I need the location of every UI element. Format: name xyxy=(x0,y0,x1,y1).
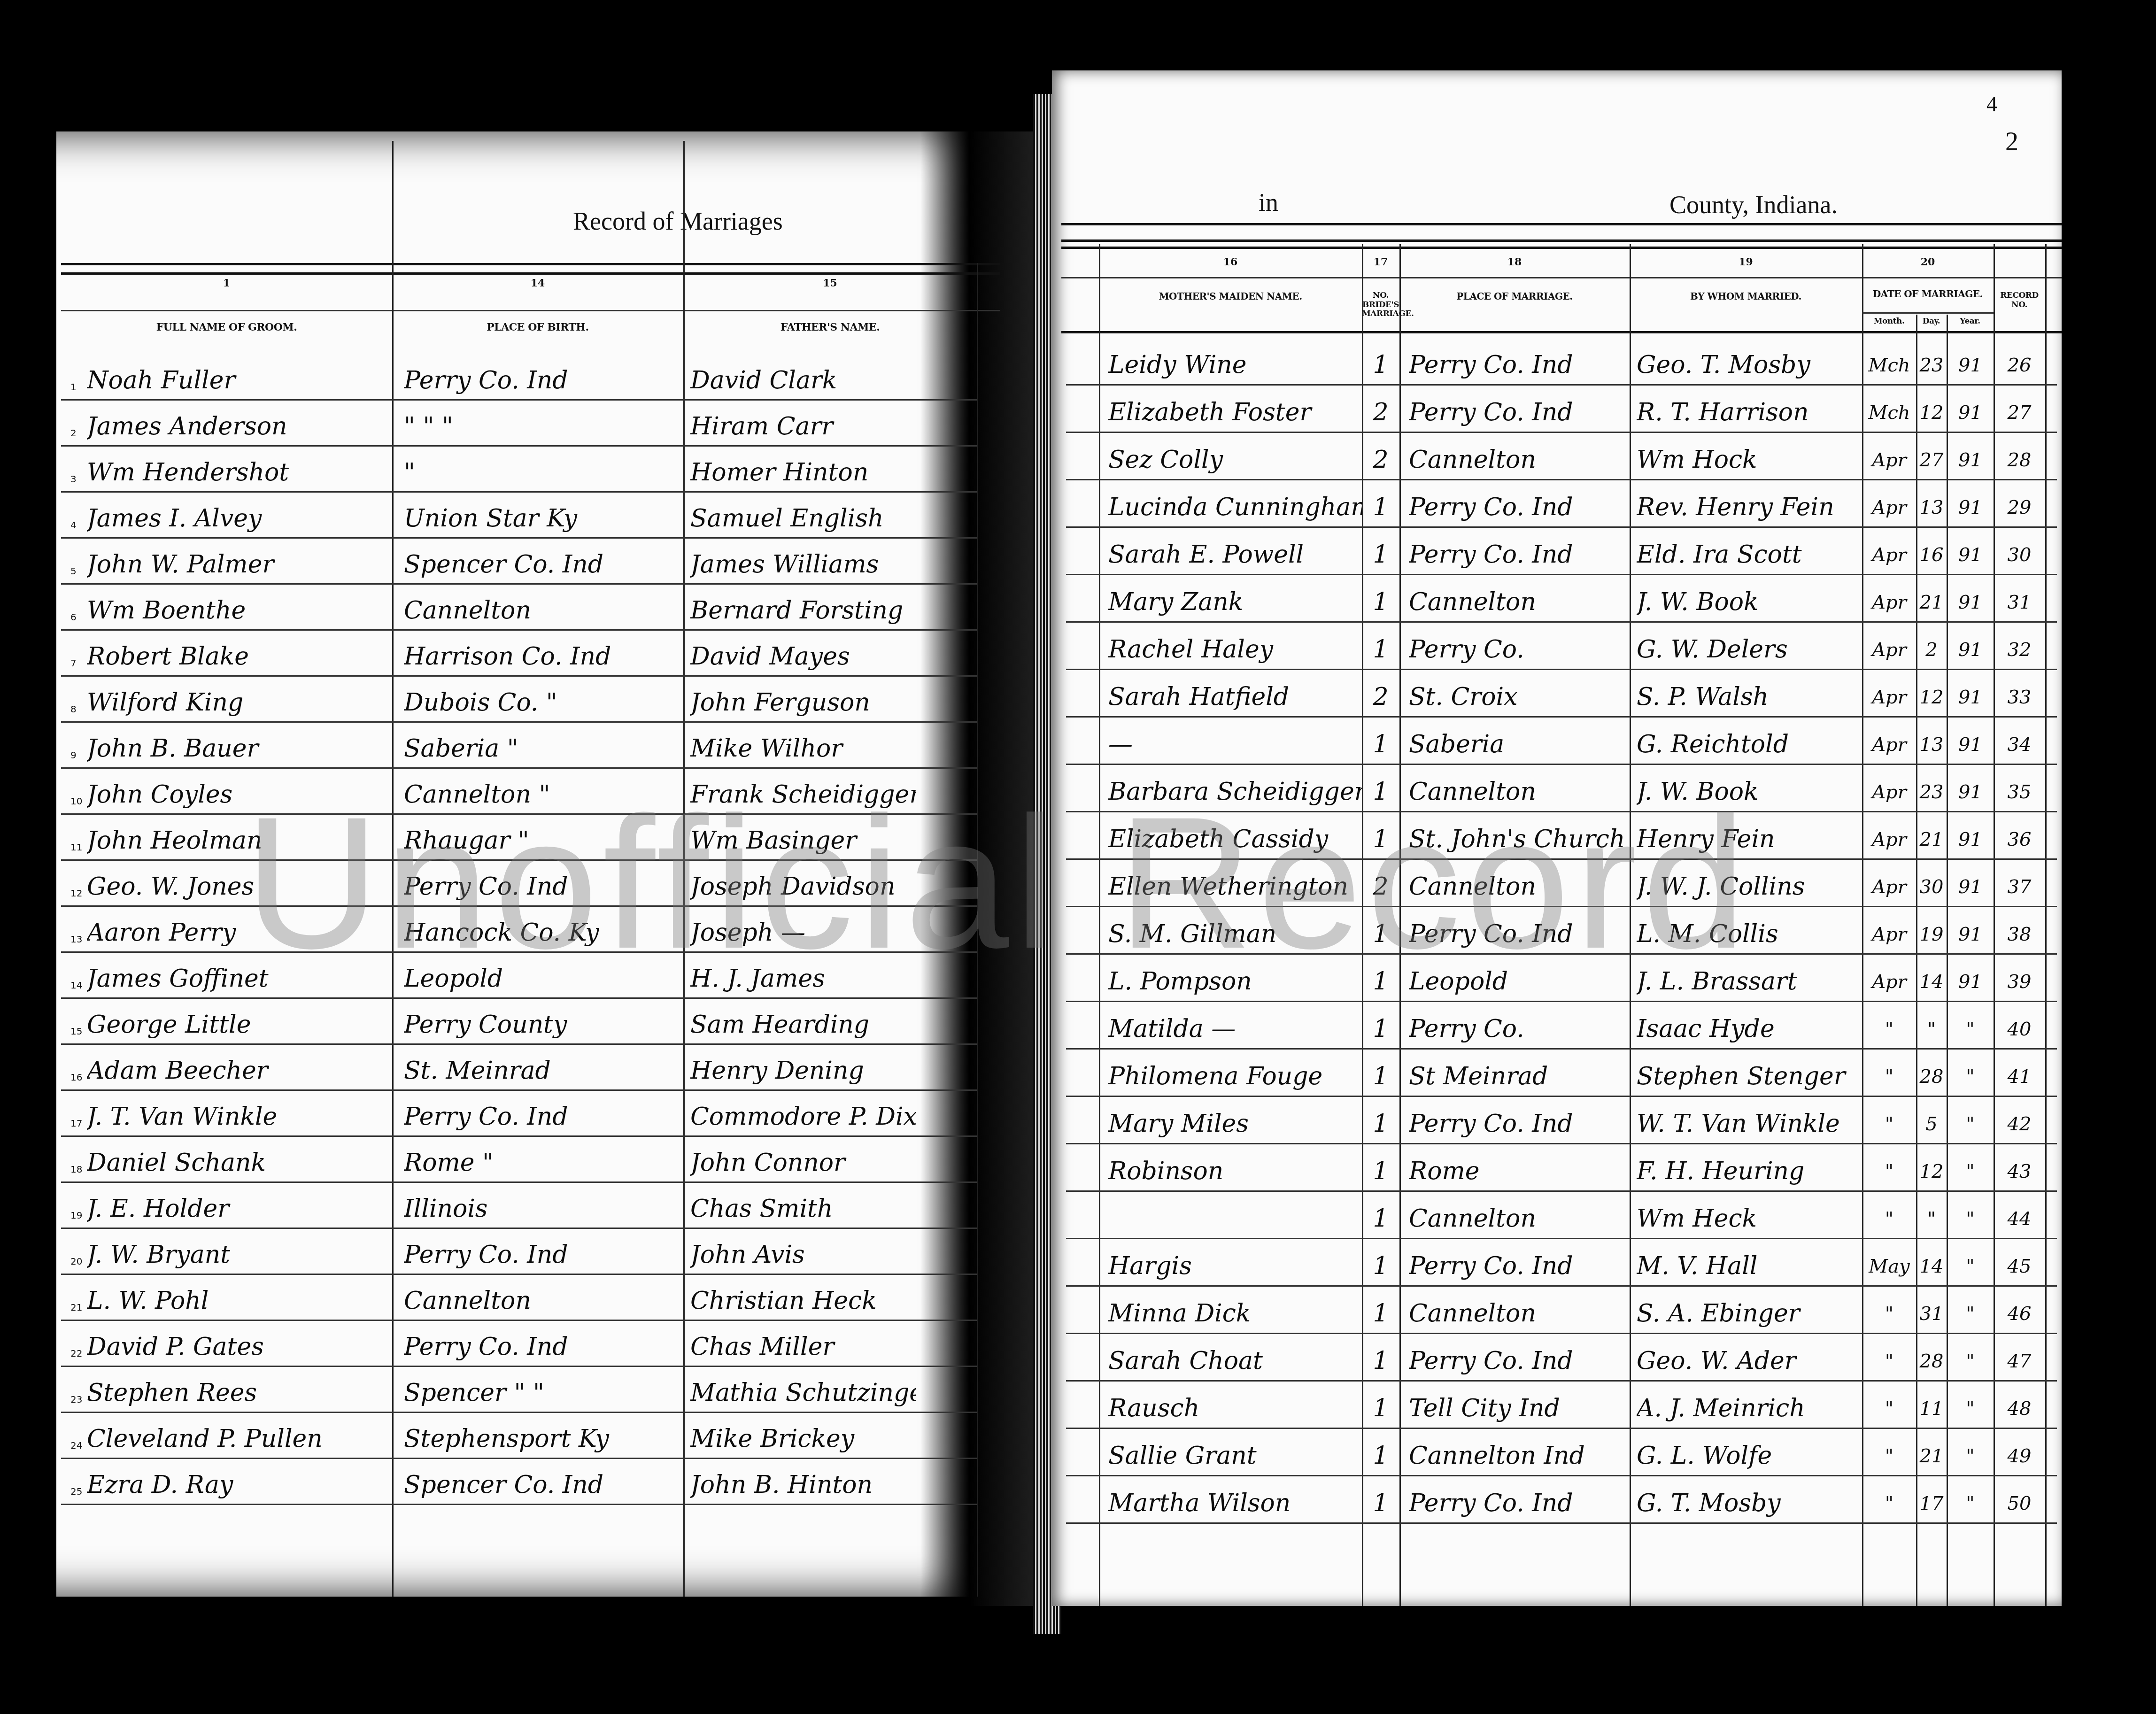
column-header: No. Bride's Marriage. xyxy=(1362,291,1399,319)
officiant: S. A. Ebinger xyxy=(1637,1299,1860,1328)
row-rule xyxy=(61,1504,977,1505)
groom-name: John B. Bauer xyxy=(87,734,387,763)
record-number: 35 xyxy=(1996,781,2043,803)
record-number: 44 xyxy=(1996,1208,2043,1230)
brides-marriage-number: 1 xyxy=(1364,1015,1397,1043)
row-rule xyxy=(61,1366,977,1367)
row-rule xyxy=(61,767,977,769)
marriage-month: " xyxy=(1863,1445,1915,1467)
fathers-name: Frank Scheidigger xyxy=(690,780,916,809)
mothers-maiden-name: Barbara Scheidigger xyxy=(1108,778,1362,806)
place-of-birth: St. Meinrad xyxy=(404,1057,681,1085)
row-number: 18 xyxy=(70,1164,82,1175)
row-number: 3 xyxy=(70,473,77,485)
groom-name: Ezra D. Ray xyxy=(87,1471,387,1499)
groom-name: Daniel Schank xyxy=(87,1149,387,1177)
place-of-birth: " xyxy=(404,458,681,486)
record-number: 41 xyxy=(1996,1066,2043,1088)
mothers-maiden-name: S. M. Gillman xyxy=(1108,920,1362,948)
record-number: 30 xyxy=(1996,544,2043,566)
place-of-birth: Dubois Co. " xyxy=(404,688,681,717)
marriage-month: Mch xyxy=(1863,402,1915,424)
row-rule xyxy=(61,1089,977,1091)
row-rule xyxy=(61,997,977,999)
marriage-day: 12 xyxy=(1917,402,1946,424)
marriage-day: 2 xyxy=(1917,639,1946,661)
marriage-month: " xyxy=(1863,1208,1915,1230)
row-rule xyxy=(1066,1475,2057,1476)
record-number: 43 xyxy=(1996,1161,2043,1182)
header-rule xyxy=(61,310,1000,311)
fathers-name: David Mayes xyxy=(690,642,916,671)
row-rule xyxy=(1066,1190,2057,1192)
row-rule xyxy=(1066,526,2057,528)
brides-marriage-number: 1 xyxy=(1364,730,1397,758)
column-number: 16 xyxy=(1099,256,1362,268)
column-number: 14 xyxy=(392,277,683,289)
row-rule xyxy=(61,1228,977,1229)
place-of-birth: Perry Co. Ind xyxy=(404,1333,681,1361)
marriage-year: " xyxy=(1948,1303,1993,1325)
fathers-name: James Williams xyxy=(690,550,916,579)
record-number: 32 xyxy=(1996,639,2043,661)
marriage-year: 91 xyxy=(1948,687,1993,708)
marriage-year: " xyxy=(1948,1351,1993,1372)
record-number: 31 xyxy=(1996,592,2043,613)
brides-marriage-number: 1 xyxy=(1364,635,1397,664)
brides-marriage-number: 1 xyxy=(1364,1110,1397,1138)
officiant: Henry Fein xyxy=(1637,825,1860,853)
fathers-name: Homer Hinton xyxy=(690,458,916,486)
place-of-birth: Stephensport Ky xyxy=(404,1425,681,1453)
row-rule xyxy=(61,813,977,815)
brides-marriage-number: 1 xyxy=(1364,967,1397,996)
column-header: Record No. xyxy=(1994,291,2045,309)
groom-name: George Little xyxy=(87,1011,387,1039)
marriage-day: 13 xyxy=(1917,497,1946,518)
marriage-month: " xyxy=(1863,1113,1915,1135)
marriage-month: " xyxy=(1863,1493,1915,1514)
row-rule xyxy=(61,1181,977,1183)
marriage-year: " xyxy=(1948,1066,1993,1088)
row-number: 7 xyxy=(70,657,77,669)
row-number: 17 xyxy=(70,1118,82,1129)
column-divider xyxy=(1362,244,1363,1606)
marriage-day: 28 xyxy=(1917,1351,1946,1372)
groom-name: Geo. W. Jones xyxy=(87,872,387,901)
mothers-maiden-name: Matilda — xyxy=(1108,1015,1362,1043)
marriage-day: 31 xyxy=(1917,1303,1946,1325)
fathers-name: John Ferguson xyxy=(690,688,916,717)
officiant: S. P. Walsh xyxy=(1637,683,1860,711)
marriage-day: 21 xyxy=(1917,592,1946,613)
row-rule xyxy=(1066,432,2057,433)
marriage-month: " xyxy=(1863,1161,1915,1182)
mothers-maiden-name: Rachel Haley xyxy=(1108,635,1362,664)
marriage-year: 91 xyxy=(1948,639,1993,661)
row-number: 23 xyxy=(70,1394,82,1405)
column-header: Full Name of Groom. xyxy=(61,322,392,333)
column-divider xyxy=(1630,244,1631,1606)
row-number: 9 xyxy=(70,749,77,761)
officiant: R. T. Harrison xyxy=(1637,398,1860,426)
groom-name: J. T. Van Winkle xyxy=(87,1103,387,1131)
record-number: 28 xyxy=(1996,449,2043,471)
groom-name: James Anderson xyxy=(87,412,387,440)
officiant: J. W. Book xyxy=(1637,588,1860,616)
column-number: 20 xyxy=(1862,256,1994,268)
groom-name: Stephen Rees xyxy=(87,1379,387,1407)
row-number: 15 xyxy=(70,1026,82,1037)
row-rule xyxy=(1066,716,2057,718)
page-number-top: 4 xyxy=(1986,92,1997,116)
groom-name: Robert Blake xyxy=(87,642,387,671)
mothers-maiden-name: Sarah Choat xyxy=(1108,1347,1362,1375)
fathers-name: Chas Smith xyxy=(690,1195,916,1223)
row-rule xyxy=(61,721,977,723)
row-rule xyxy=(1066,479,2057,480)
officiant: Geo. W. Ader xyxy=(1637,1347,1860,1375)
marriage-year: " xyxy=(1948,1161,1993,1182)
row-rule xyxy=(1066,858,2057,860)
brides-marriage-number: 1 xyxy=(1364,1062,1397,1090)
date-subheader: Day. xyxy=(1916,317,1947,326)
marriage-day: 16 xyxy=(1917,544,1946,566)
officiant: M. V. Hall xyxy=(1637,1252,1860,1280)
marriage-day: 12 xyxy=(1917,687,1946,708)
place-of-birth: Illinois xyxy=(404,1195,681,1223)
place-of-marriage: Cannelton xyxy=(1409,588,1627,616)
column-number: 18 xyxy=(1399,256,1630,268)
column-divider xyxy=(977,263,978,1597)
row-rule xyxy=(61,537,977,539)
officiant: Wm Hock xyxy=(1637,446,1860,474)
column-number: 19 xyxy=(1630,256,1862,268)
place-of-birth: " " " xyxy=(404,412,681,440)
marriage-month: " xyxy=(1863,1066,1915,1088)
fathers-name: Hiram Carr xyxy=(690,412,916,440)
marriage-day: 21 xyxy=(1917,1445,1946,1467)
fathers-name: Henry Dening xyxy=(690,1057,916,1085)
right-page-title-county: County, Indiana. xyxy=(1669,190,1838,219)
officiant: A. J. Meinrich xyxy=(1637,1394,1860,1422)
place-of-marriage: Rome xyxy=(1409,1157,1627,1185)
row-rule xyxy=(1066,1238,2057,1239)
mothers-maiden-name: Minna Dick xyxy=(1108,1299,1362,1328)
row-number: 25 xyxy=(70,1486,82,1497)
officiant: Isaac Hyde xyxy=(1637,1015,1860,1043)
header-rule xyxy=(1862,312,1994,314)
row-rule xyxy=(61,675,977,677)
row-rule xyxy=(1066,906,2057,907)
record-number: 36 xyxy=(1996,829,2043,850)
mothers-maiden-name: Robinson xyxy=(1108,1157,1362,1185)
place-of-marriage: St Meinrad xyxy=(1409,1062,1627,1090)
row-number: 22 xyxy=(70,1348,82,1359)
record-number: 38 xyxy=(1996,924,2043,945)
row-rule xyxy=(61,491,977,493)
column-divider xyxy=(1994,244,1995,1606)
column-header: Date of Marriage. xyxy=(1862,289,1994,300)
row-rule xyxy=(61,399,977,401)
column-header: By Whom Married. xyxy=(1630,291,1862,302)
marriage-year: 91 xyxy=(1948,876,1993,898)
officiant: Geo. T. Mosby xyxy=(1637,351,1860,379)
marriage-year: 91 xyxy=(1948,544,1993,566)
row-rule xyxy=(61,1412,977,1413)
groom-name: John Heolman xyxy=(87,826,387,855)
fathers-name: John B. Hinton xyxy=(690,1471,916,1499)
mothers-maiden-name: Elizabeth Foster xyxy=(1108,398,1362,426)
fathers-name: Mike Wilhor xyxy=(690,734,916,763)
header-rule xyxy=(1061,277,2062,278)
mothers-maiden-name: Martha Wilson xyxy=(1108,1489,1362,1517)
brides-marriage-number: 1 xyxy=(1364,778,1397,806)
column-number: 1 xyxy=(61,277,392,289)
brides-marriage-number: 1 xyxy=(1364,1489,1397,1517)
column-header: Place of Birth. xyxy=(392,322,683,333)
row-number: 5 xyxy=(70,565,77,577)
left-ledger-page xyxy=(56,131,1024,1597)
officiant: G. W. Delers xyxy=(1637,635,1860,664)
brides-marriage-number: 1 xyxy=(1364,540,1397,569)
marriage-month: " xyxy=(1863,1303,1915,1325)
marriage-month: Apr xyxy=(1863,924,1915,945)
row-rule xyxy=(1066,1428,2057,1429)
groom-name: John W. Palmer xyxy=(87,550,387,579)
place-of-marriage: Perry Co. Ind xyxy=(1409,1110,1627,1138)
row-rule xyxy=(61,445,977,447)
place-of-marriage: Leopold xyxy=(1409,967,1627,996)
brides-marriage-number: 1 xyxy=(1364,1204,1397,1233)
mothers-maiden-name: Philomena Fouge xyxy=(1108,1062,1362,1090)
row-rule xyxy=(61,1274,977,1275)
brides-marriage-number: 1 xyxy=(1364,493,1397,521)
record-number: 45 xyxy=(1996,1256,2043,1277)
marriage-year: 91 xyxy=(1948,449,1993,471)
column-number: 17 xyxy=(1362,256,1399,268)
header-rule xyxy=(1061,239,2062,242)
marriage-month: Apr xyxy=(1863,592,1915,613)
officiant: W. T. Van Winkle xyxy=(1637,1110,1860,1138)
place-of-marriage: Saberia xyxy=(1409,730,1627,758)
fathers-name: Mike Brickey xyxy=(690,1425,916,1453)
marriage-day: 27 xyxy=(1917,449,1946,471)
header-rule xyxy=(61,272,1000,275)
row-number: 16 xyxy=(70,1072,82,1083)
row-number: 14 xyxy=(70,980,82,991)
place-of-marriage: Perry Co. Ind xyxy=(1409,1489,1627,1517)
place-of-marriage: Tell City Ind xyxy=(1409,1394,1627,1422)
officiant: G. T. Mosby xyxy=(1637,1489,1860,1517)
fathers-name: Sam Hearding xyxy=(690,1011,916,1039)
place-of-birth: Perry County xyxy=(404,1011,681,1039)
row-rule xyxy=(61,1458,977,1459)
marriage-day: 21 xyxy=(1917,829,1946,850)
row-number: 13 xyxy=(70,934,82,945)
row-number: 21 xyxy=(70,1302,82,1313)
record-number: 47 xyxy=(1996,1351,2043,1372)
place-of-marriage: Perry Co. Ind xyxy=(1409,1347,1627,1375)
groom-name: J. W. Bryant xyxy=(87,1241,387,1269)
row-rule xyxy=(1066,384,2057,386)
fathers-name: Wm Basinger xyxy=(690,826,916,855)
row-rule xyxy=(61,629,977,631)
row-rule xyxy=(61,583,977,585)
marriage-month: Apr xyxy=(1863,497,1915,518)
header-rule xyxy=(1061,331,2062,333)
marriage-day: 23 xyxy=(1917,355,1946,376)
groom-name: Wm Hendershot xyxy=(87,458,387,486)
marriage-day: 28 xyxy=(1917,1066,1946,1088)
marriage-month: " xyxy=(1863,1398,1915,1420)
mothers-maiden-name: Sallie Grant xyxy=(1108,1442,1362,1470)
place-of-marriage: Cannelton xyxy=(1409,778,1627,806)
place-of-birth: Cannelton " xyxy=(404,780,681,809)
officiant: L. M. Collis xyxy=(1637,920,1860,948)
place-of-birth: Spencer Co. Ind xyxy=(404,550,681,579)
page-number: 2 xyxy=(2005,127,2018,157)
officiant: Wm Heck xyxy=(1637,1204,1860,1233)
mothers-maiden-name: Leidy Wine xyxy=(1108,351,1362,379)
row-number: 2 xyxy=(70,427,77,439)
marriage-year: 91 xyxy=(1948,829,1993,850)
fathers-name: Commodore P. Dixon xyxy=(690,1103,916,1131)
row-rule xyxy=(1066,811,2057,812)
place-of-marriage: St. Croix xyxy=(1409,683,1627,711)
place-of-birth: Spencer " " xyxy=(404,1379,681,1407)
fathers-name: John Avis xyxy=(690,1241,916,1269)
row-rule xyxy=(1066,574,2057,575)
marriage-month: Apr xyxy=(1863,971,1915,993)
brides-marriage-number: 1 xyxy=(1364,1252,1397,1280)
marriage-month: Mch xyxy=(1863,355,1915,376)
place-of-birth: Rome " xyxy=(404,1149,681,1177)
marriage-year: " xyxy=(1948,1208,1993,1230)
marriage-day: 19 xyxy=(1917,924,1946,945)
column-number: 15 xyxy=(683,277,977,289)
row-rule xyxy=(61,905,977,907)
marriage-month: Apr xyxy=(1863,639,1915,661)
row-rule xyxy=(1066,621,2057,623)
place-of-marriage: Perry Co. Ind xyxy=(1409,920,1627,948)
marriage-year: " xyxy=(1948,1113,1993,1135)
place-of-birth: Harrison Co. Ind xyxy=(404,642,681,671)
mothers-maiden-name: — xyxy=(1108,730,1362,758)
fathers-name: Joseph Davidson xyxy=(690,872,916,901)
mothers-maiden-name: Rausch xyxy=(1108,1394,1362,1422)
marriage-day: 14 xyxy=(1917,1256,1946,1277)
record-number: 37 xyxy=(1996,876,2043,898)
record-number: 42 xyxy=(1996,1113,2043,1135)
place-of-birth: Perry Co. Ind xyxy=(404,1103,681,1131)
column-header: Mother's Maiden Name. xyxy=(1099,291,1362,302)
marriage-year: 91 xyxy=(1948,924,1993,945)
brides-marriage-number: 1 xyxy=(1364,1394,1397,1422)
brides-marriage-number: 1 xyxy=(1364,1347,1397,1375)
column-header: Place of Marriage. xyxy=(1399,291,1630,302)
row-number: 19 xyxy=(70,1210,82,1221)
brides-marriage-number: 1 xyxy=(1364,351,1397,379)
place-of-birth: Saberia " xyxy=(404,734,681,763)
place-of-birth: Hancock Co. Ky xyxy=(404,919,681,947)
marriage-year: " xyxy=(1948,1019,1993,1040)
officiant: Rev. Henry Fein xyxy=(1637,493,1860,521)
marriage-year: 91 xyxy=(1948,592,1993,613)
column-divider xyxy=(683,141,685,1597)
row-rule xyxy=(61,1043,977,1045)
place-of-marriage: Cannelton xyxy=(1409,1299,1627,1328)
officiant: F. H. Heuring xyxy=(1637,1157,1860,1185)
marriage-month: Apr xyxy=(1863,781,1915,803)
marriage-year: " xyxy=(1948,1256,1993,1277)
row-number: 11 xyxy=(70,842,82,853)
groom-name: John Coyles xyxy=(87,780,387,809)
row-rule xyxy=(1066,1143,2057,1144)
brides-marriage-number: 2 xyxy=(1364,398,1397,426)
marriage-year: 91 xyxy=(1948,402,1993,424)
brides-marriage-number: 1 xyxy=(1364,920,1397,948)
row-number: 10 xyxy=(70,795,82,807)
mothers-maiden-name: Mary Zank xyxy=(1108,588,1362,616)
brides-marriage-number: 2 xyxy=(1364,683,1397,711)
row-number: 4 xyxy=(70,519,77,531)
row-rule xyxy=(1066,1048,2057,1050)
marriage-day: " xyxy=(1917,1208,1946,1230)
marriage-year: " xyxy=(1948,1493,1993,1514)
row-number: 20 xyxy=(70,1256,82,1267)
groom-name: Aaron Perry xyxy=(87,919,387,947)
marriage-month: Apr xyxy=(1863,687,1915,708)
record-number: 29 xyxy=(1996,497,2043,518)
row-rule xyxy=(1066,1096,2057,1097)
mothers-maiden-name: Ellen Wetherington xyxy=(1108,872,1362,901)
row-rule xyxy=(1066,1380,2057,1382)
row-number: 6 xyxy=(70,611,77,623)
officiant: J. W. Book xyxy=(1637,778,1860,806)
left-page-title: Record of Marriages xyxy=(573,207,783,236)
row-rule xyxy=(1066,1285,2057,1287)
row-rule xyxy=(1066,1333,2057,1334)
row-rule xyxy=(61,1320,977,1321)
row-rule xyxy=(1066,953,2057,955)
groom-name: L. W. Pohl xyxy=(87,1287,387,1315)
place-of-birth: Cannelton xyxy=(404,596,681,625)
row-number: 12 xyxy=(70,888,82,899)
marriage-month: " xyxy=(1863,1351,1915,1372)
marriage-year: 91 xyxy=(1948,781,1993,803)
marriage-day: 14 xyxy=(1917,971,1946,993)
date-subheader: Year. xyxy=(1947,317,1994,326)
header-rule xyxy=(61,263,1000,265)
groom-name: Noah Fuller xyxy=(87,366,387,394)
row-rule xyxy=(1066,764,2057,765)
record-number: 26 xyxy=(1996,355,2043,376)
row-number: 8 xyxy=(70,703,77,715)
brides-marriage-number: 1 xyxy=(1364,1299,1397,1328)
mothers-maiden-name: Sarah E. Powell xyxy=(1108,540,1362,569)
record-number: 39 xyxy=(1996,971,2043,993)
marriage-year: " xyxy=(1948,1398,1993,1420)
place-of-birth: Perry Co. Ind xyxy=(404,1241,681,1269)
record-number: 48 xyxy=(1996,1398,2043,1420)
place-of-marriage: St. John's Church xyxy=(1409,825,1627,853)
place-of-marriage: Perry Co. Ind xyxy=(1409,1252,1627,1280)
record-number: 27 xyxy=(1996,402,2043,424)
marriage-year: 91 xyxy=(1948,497,1993,518)
marriage-day: " xyxy=(1917,1019,1946,1040)
mothers-maiden-name: Sez Colly xyxy=(1108,446,1362,474)
